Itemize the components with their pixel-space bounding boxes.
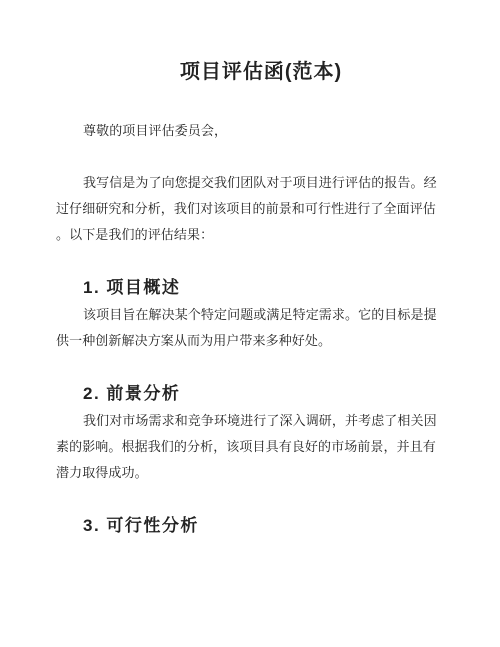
- salutation: 尊敬的项目评估委员会，: [56, 118, 440, 144]
- intro-paragraph: 我写信是为了向您提交我们团队对于项目进行评估的报告。经 过仔细研究和分析，我们对…: [56, 170, 440, 248]
- section-paragraph: 该项目旨在解决某个特定问题或满足特定需求。它的目标是提 供一种创新解决方案从而为…: [56, 302, 440, 354]
- paragraph-line: 我写信是为了向您提交我们团队对于项目进行评估的报告。经: [56, 170, 440, 196]
- paragraph-line: 素的影响。根据我们的分析，该项目具有良好的市场前景，并且有: [56, 434, 440, 460]
- paragraph-line: 。以下是我们的评估结果：: [56, 222, 440, 248]
- section-prospect-analysis: 2. 前景分析 我们对市场需求和竞争环境进行了深入调研，并考虑了相关因 素的影响…: [56, 380, 440, 486]
- section-paragraph: 我们对市场需求和竞争环境进行了深入调研，并考虑了相关因 素的影响。根据我们的分析…: [56, 408, 440, 486]
- document-page: 项目评估函(范本) 尊敬的项目评估委员会， 我写信是为了向您提交我们团队对于项目…: [0, 0, 500, 647]
- section-heading: 1. 项目概述: [56, 274, 440, 302]
- document-title: 项目评估函(范本): [82, 58, 440, 86]
- section-heading: 3. 可行性分析: [56, 512, 440, 540]
- paragraph-line: 该项目旨在解决某个特定问题或满足特定需求。它的目标是提: [56, 302, 440, 328]
- paragraph-line: 供一种创新解决方案从而为用户带来多种好处。: [56, 328, 440, 354]
- section-feasibility-analysis: 3. 可行性分析: [56, 512, 440, 540]
- paragraph-line: 潜力取得成功。: [56, 460, 440, 486]
- paragraph-line: 过仔细研究和分析，我们对该项目的前景和可行性进行了全面评估: [56, 196, 440, 222]
- section-heading: 2. 前景分析: [56, 380, 440, 408]
- section-overview: 1. 项目概述 该项目旨在解决某个特定问题或满足特定需求。它的目标是提 供一种创…: [56, 274, 440, 354]
- paragraph-line: 我们对市场需求和竞争环境进行了深入调研，并考虑了相关因: [56, 408, 440, 434]
